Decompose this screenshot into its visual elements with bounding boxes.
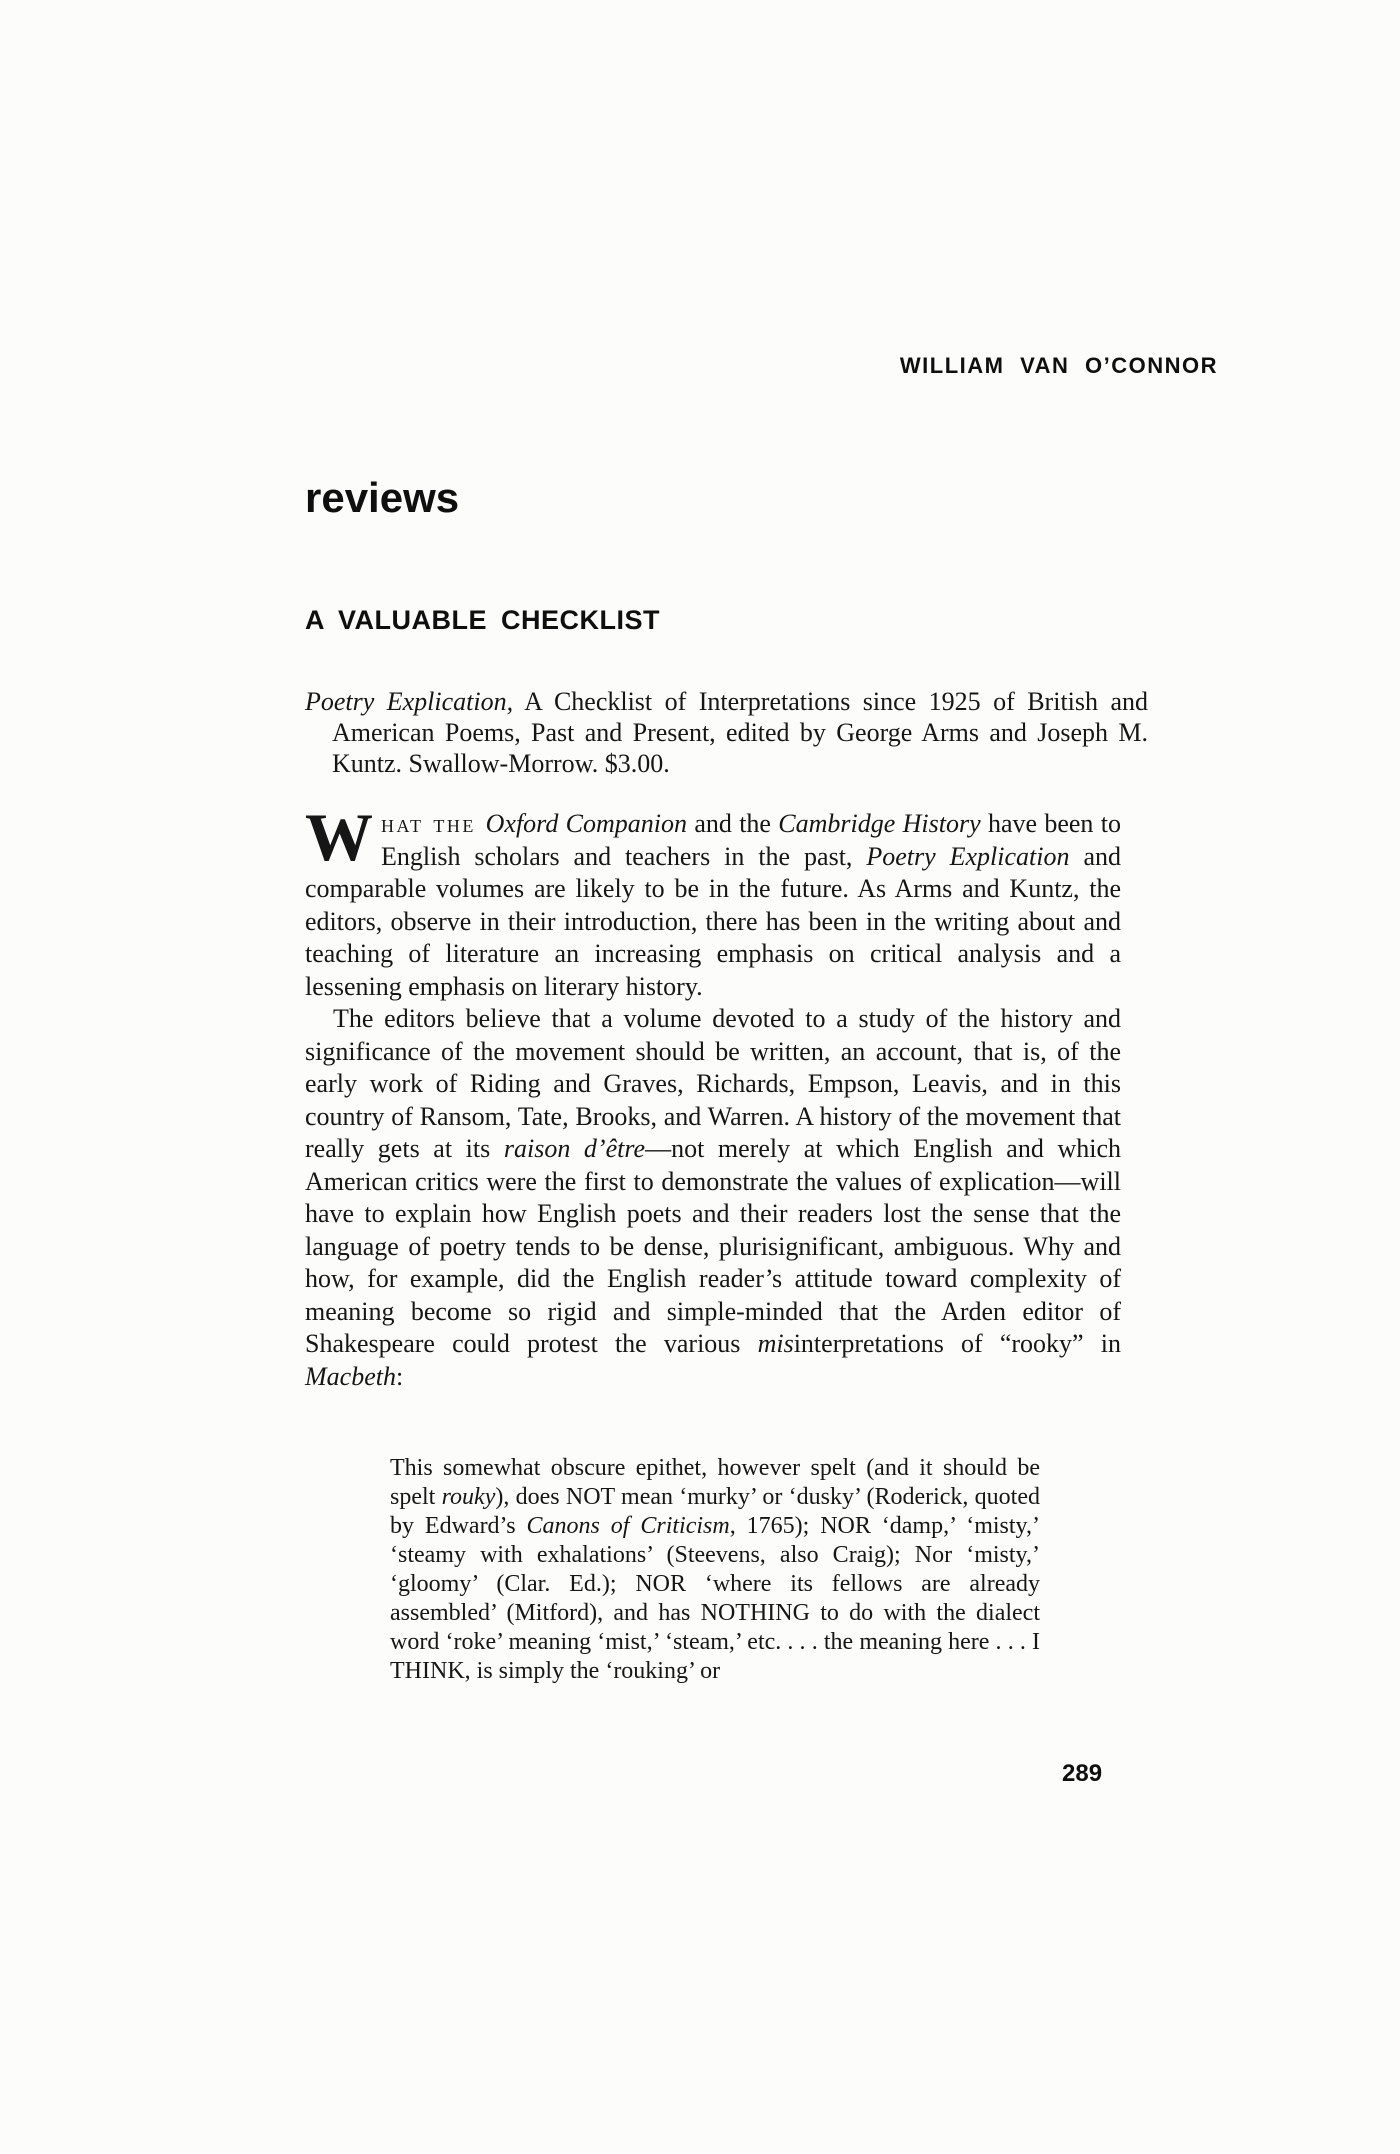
article-title: A VALUABLE CHECKLIST bbox=[305, 605, 660, 636]
para1-italic-oxford-companion: Oxford Companion bbox=[486, 809, 687, 838]
quote-italic-canons-of-criticism: Canons of Criticism bbox=[526, 1513, 729, 1539]
para1-text-1: and the bbox=[687, 809, 778, 838]
para2-text-2: —not merely at which English and which A… bbox=[305, 1134, 1121, 1358]
para2-italic-mis: mis bbox=[758, 1329, 794, 1358]
para2-italic-raison-detre: raison d’être bbox=[504, 1134, 645, 1163]
scanned-journal-page: WILLIAM VAN O’CONNOR reviews A VALUABLE … bbox=[0, 0, 1400, 2154]
blockquote-arden-editor: This somewhat obscure epithet, however s… bbox=[390, 1454, 1040, 1686]
book-citation: Poetry Explication, A Checklist of Inter… bbox=[305, 686, 1148, 779]
paragraph-1: What the Oxford Companion and the Cambri… bbox=[305, 808, 1121, 1003]
para1-italic-poetry-explication: Poetry Explication bbox=[866, 842, 1069, 871]
para1-italic-cambridge-history: Cambridge History bbox=[778, 809, 980, 838]
para2-italic-macbeth: Macbeth bbox=[305, 1362, 396, 1391]
para1-smallcaps: hat the bbox=[381, 809, 486, 838]
section-heading-reviews: reviews bbox=[305, 474, 459, 522]
citation-book-title: Poetry Explication, bbox=[305, 687, 513, 716]
paragraph-2: The editors believe that a volume devote… bbox=[305, 1003, 1121, 1393]
running-head-author: WILLIAM VAN O’CONNOR bbox=[900, 353, 1218, 379]
quote-italic-rouky: rouky bbox=[442, 1484, 496, 1510]
dropcap-letter: W bbox=[305, 811, 373, 863]
page-number: 289 bbox=[1062, 1760, 1102, 1788]
review-body: What the Oxford Companion and the Cambri… bbox=[305, 808, 1121, 1393]
para2-text-4: : bbox=[396, 1362, 403, 1391]
para2-text-3: interpretations of “rooky” in bbox=[794, 1329, 1121, 1358]
